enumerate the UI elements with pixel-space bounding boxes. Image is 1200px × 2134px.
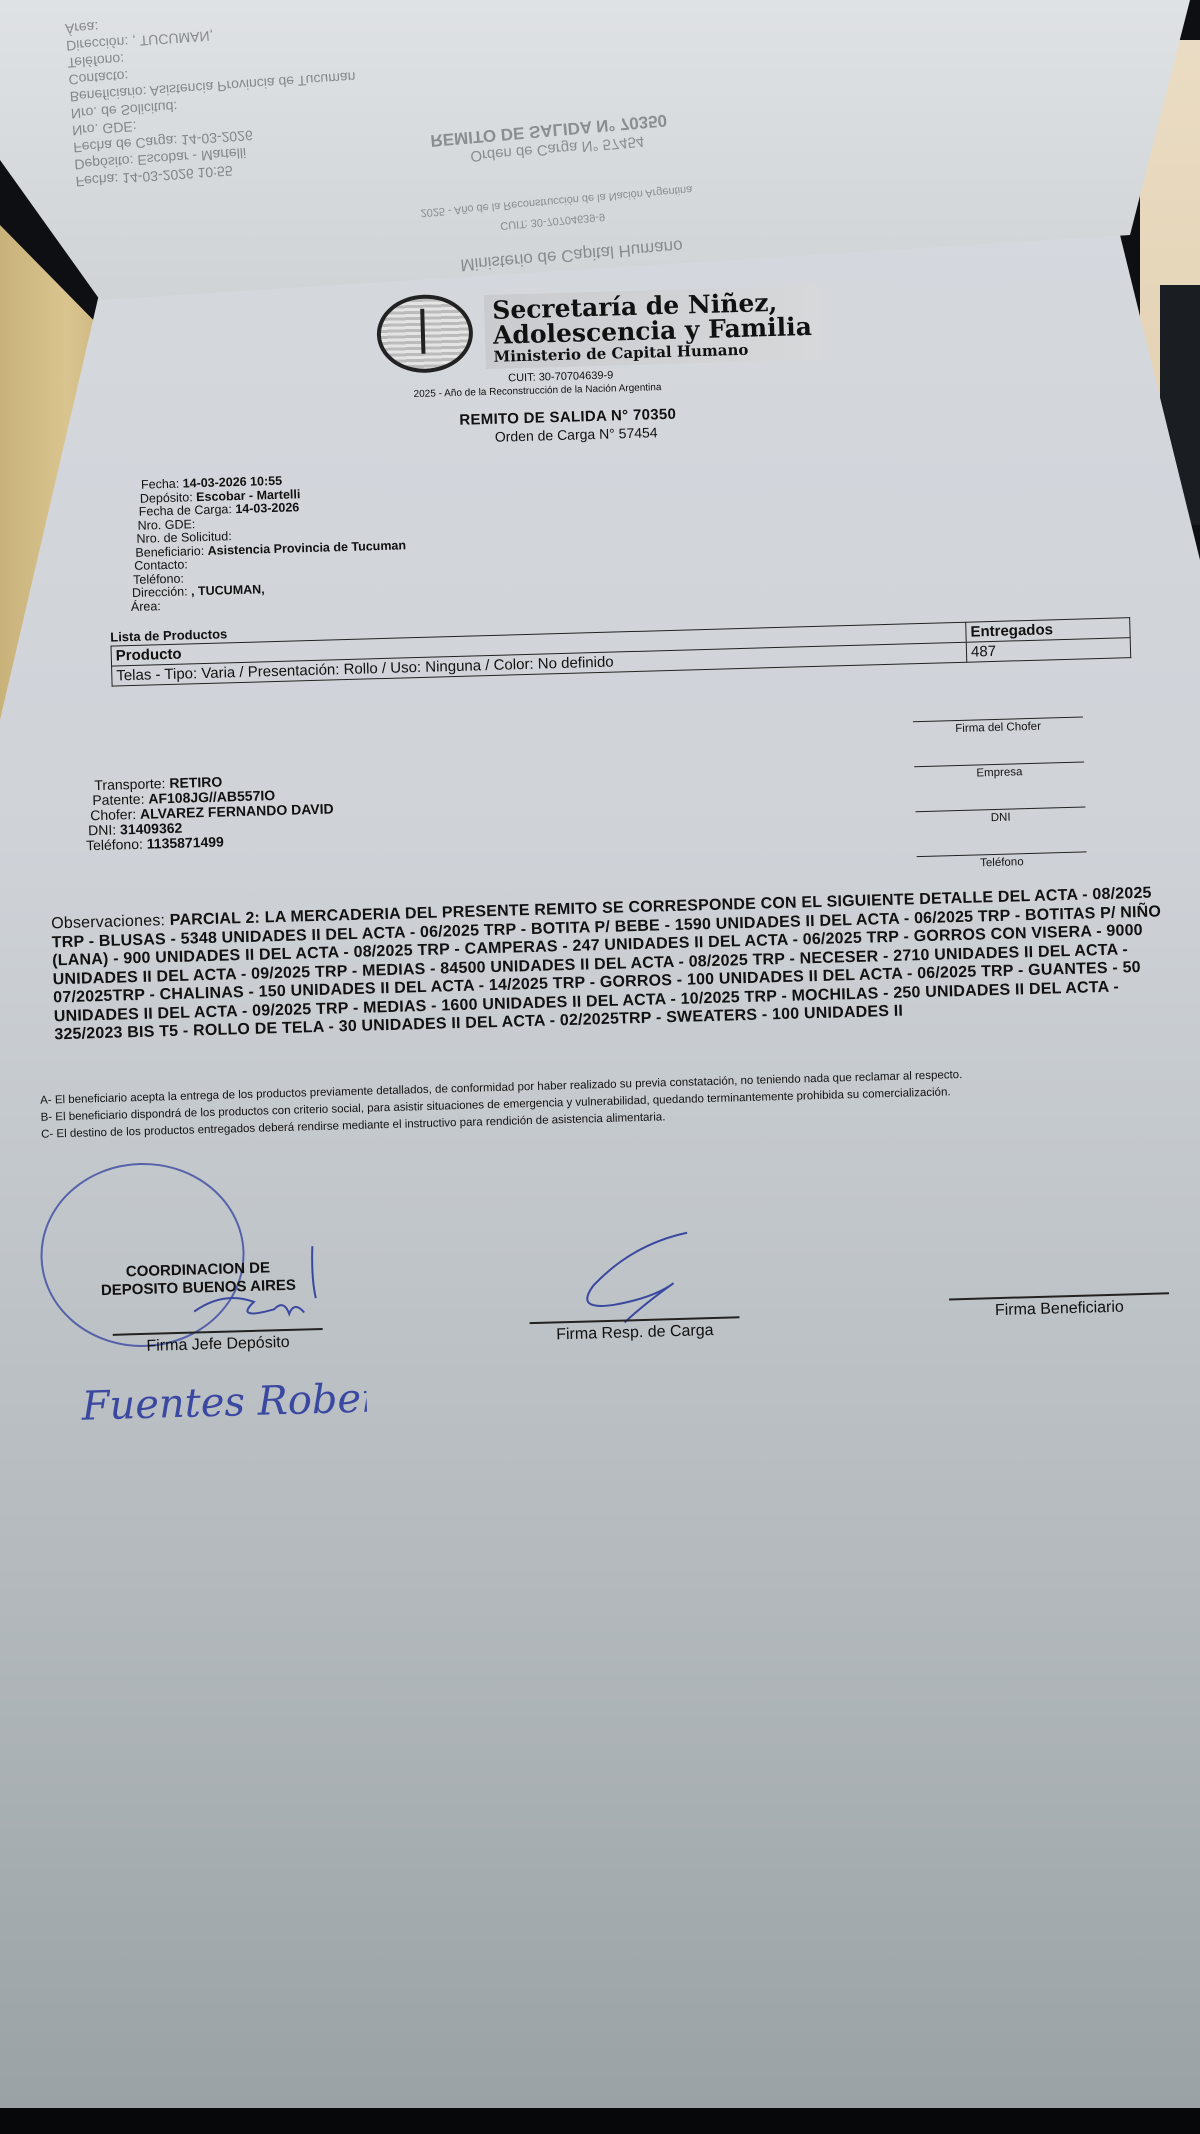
observations-label: Observaciones: [51,912,170,932]
remito-sheet: Secretaría de Niñez, Adolescencia y Fami… [0,0,1200,2110]
cuit: CUIT: 30-70704639-9 [508,369,613,384]
handwritten-name: Fuentes Roberto [76,1362,368,1440]
load-order-number: Orden de Carga N° 57454 [495,424,658,445]
info-value: 14-03-2026 [235,500,299,516]
transport-info: Transporte: RETIROPatente: AF108JG//AB55… [94,771,334,853]
svg-text:Fuentes Roberto: Fuentes Roberto [80,1374,367,1429]
observations-text: PARCIAL 2: LA MERCADERIA DEL PRESENTE RE… [52,885,1162,1044]
signature-jefe-label: Firma Jefe Depósito [113,1328,324,1357]
signature-beneficiario-label: Firma Beneficiario [949,1292,1170,1321]
table-surface [0,2108,1200,2134]
year-motto: 2025 - Año de la Reconstrucción de la Na… [413,382,661,400]
signature-carga-label: Firma Resp. de Carga [530,1316,741,1345]
letterhead: Secretaría de Niñez, Adolescencia y Fami… [376,284,821,374]
signature-jefe-deposito: Firma Jefe Depósito [113,1328,324,1357]
argentina-coat-of-arms-icon [376,293,474,374]
signature-beneficiario: Firma Beneficiario [949,1292,1170,1321]
mirrored-year: 2025 - Año de la Reconstrucción de la Na… [420,183,693,219]
driver-signature-line: Empresa [914,761,1084,781]
info-value: , TUCUMAN, [191,582,265,598]
driver-signature-line: DNI [915,806,1085,826]
signature-resp-carga: Firma Resp. de Carga [530,1316,741,1345]
transport-value: 1135871499 [147,834,225,852]
info-label: Dirección: [132,584,191,600]
driver-signature-line: Firma del Chofer [913,716,1083,736]
signature-resp-carga-scribble [552,1222,725,1327]
terms-clauses: A- El beneficiario acepta la entrega de … [40,1061,1200,1144]
observations: Observaciones: PARCIAL 2: LA MERCADERIA … [51,884,1184,1045]
info-label: Área: [131,599,161,614]
driver-signature-fields: Firma del ChoferEmpresaDNITeléfono [913,716,1087,871]
driver-signature-line: Teléfono [917,851,1087,871]
signature-jefe-scribble [162,1237,344,1332]
shipment-info: Fecha: 14-03-2026 10:55Depósito: Escobar… [141,471,408,613]
product-list: Lista de Productos Producto Entregados T… [110,601,1131,686]
transport-label: Teléfono: [86,836,147,854]
mirrored-info-fields: Fecha: 14-03-2026 10:55Depósito: Escobar… [64,0,362,190]
mirrored-cuit: CUIT: 30-70704639-9 [500,210,606,231]
delivered-quantity: 487 [966,638,1130,663]
